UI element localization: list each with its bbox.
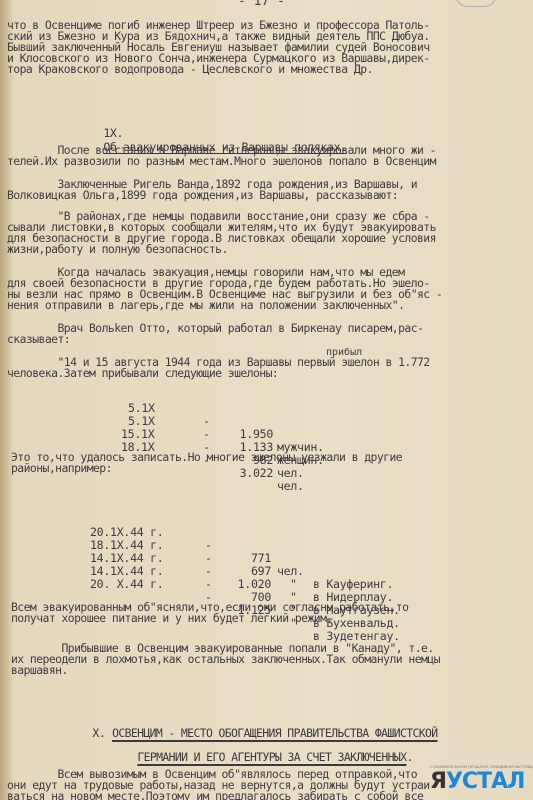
text-line: нения отправили в лагерь,где мы жили на … — [7, 299, 404, 311]
arrival-count: 3.022 — [233, 467, 273, 480]
section-number: Х. — [92, 726, 105, 740]
text-line: тора Краковского водопровода - Цеслевско… — [7, 63, 373, 75]
period: . — [406, 750, 413, 764]
text-line: ваться на новом месте.Поэтому им предлаг… — [7, 790, 423, 800]
section-number: 1Х. — [103, 126, 123, 140]
text-line: районы,например: — [11, 462, 112, 474]
section-title-line2: ГЕРМАНИИ И ЕГО АГЕНТУРЫ ЗА СЧЕТ ЗАКЛЮЧЕН… — [137, 750, 406, 764]
page-number: - 17 - — [238, 0, 285, 9]
logo-text: УСТАЛ — [446, 769, 524, 794]
text-line: жизни,работу и полную безопасность. — [7, 243, 228, 255]
text-line: получат хорошее питание и у них будет ле… — [11, 612, 333, 624]
text-line: человека.Затем прибывали следующие эшело… — [7, 367, 278, 379]
text-line: Волковицкая Ольга,1899 года рождения,из … — [7, 189, 398, 201]
site-watermark: О ЗАНИМАТЕЛЬНОМ ПРОШЛОМ, ПРАВДИВОМ НАСТО… — [430, 765, 533, 800]
archive-stamp — [455, 0, 497, 7]
text-line: варшавян. — [11, 664, 68, 676]
document-page: - 17 - что в Освенциме погиб инженер Штр… — [0, 0, 533, 800]
watermark-logo: ЯУСТАЛ — [430, 769, 524, 794]
text-line: телей.Их развозили по разным местам.Мног… — [7, 155, 436, 167]
text-line: сказывает: — [7, 333, 70, 345]
arrival-unit: чел. — [277, 480, 304, 493]
departure-date: 20. Х.44 г. — [90, 578, 163, 591]
logo-prefix: Я — [430, 769, 446, 794]
text-line: их переодели в лохмотья,как остальных за… — [11, 653, 440, 665]
